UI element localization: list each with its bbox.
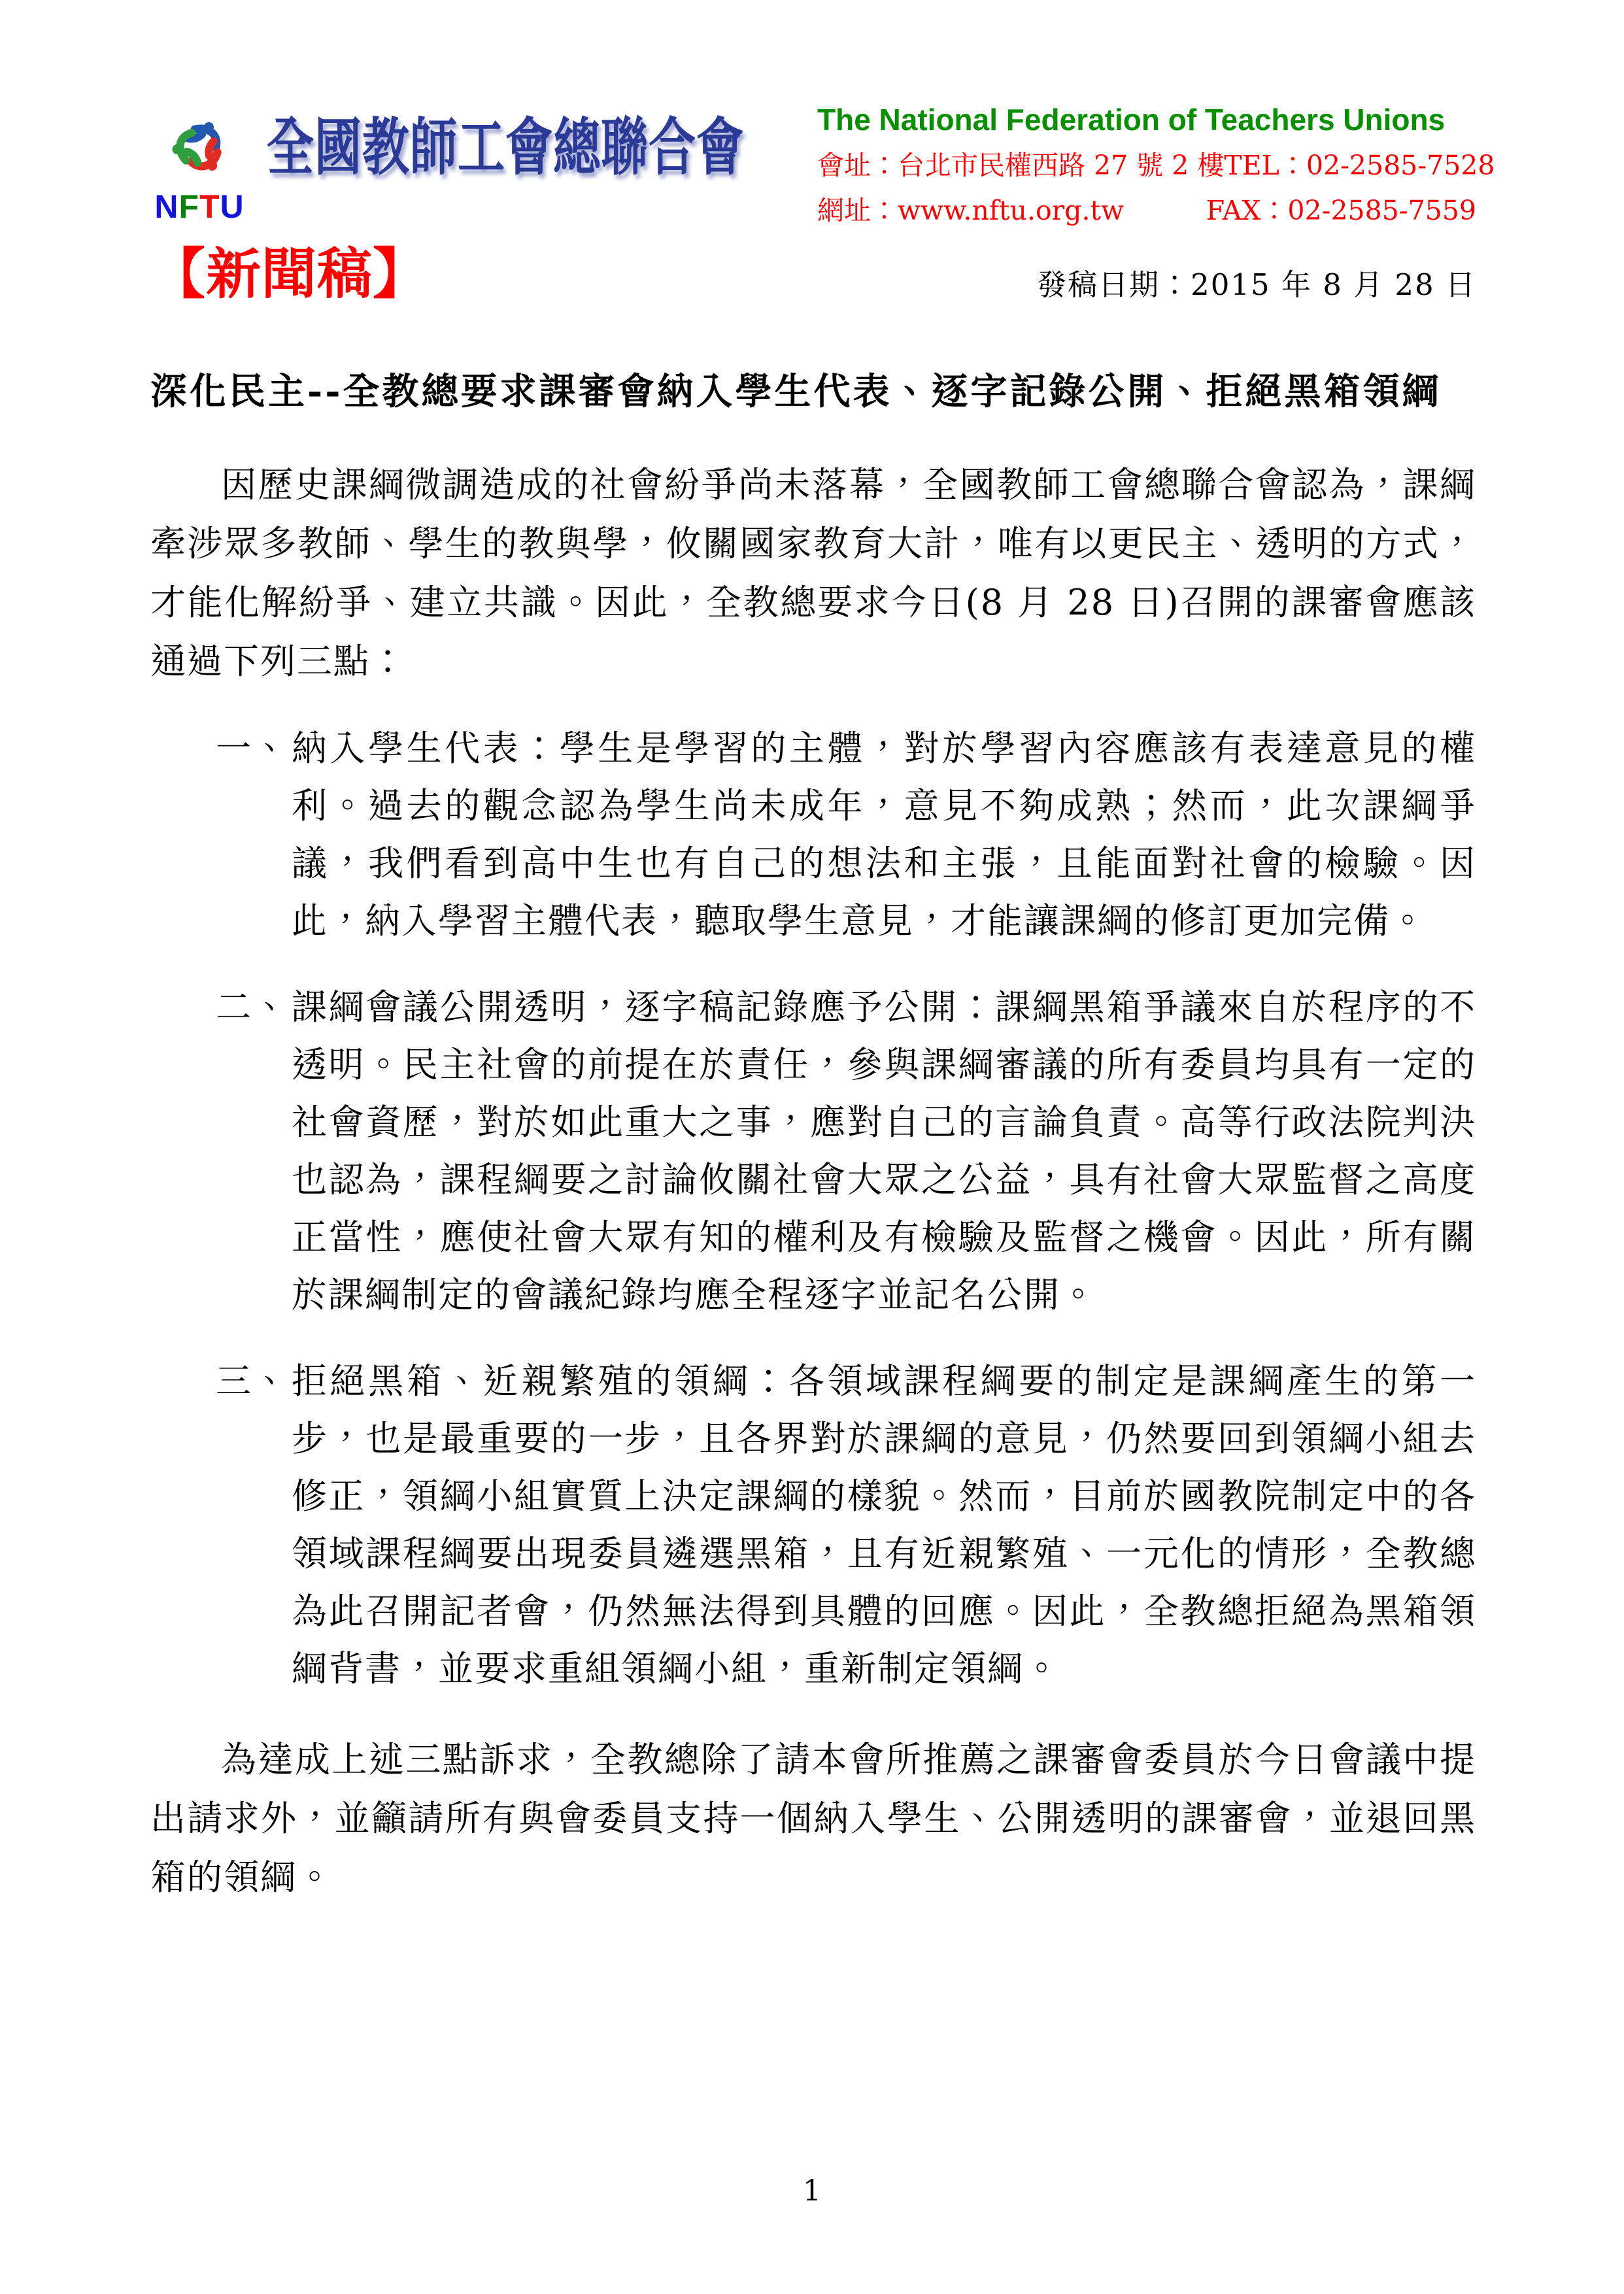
fax-line: FAX：02-2585-7559	[1206, 195, 1476, 227]
page-number: 1	[0, 2174, 1624, 2208]
nftu-logo-icon	[160, 103, 239, 188]
demand-list: 一、 納入學生代表：學生是學習的主體，對於學習內容應該有表達意見的權利。過去的觀…	[150, 720, 1476, 1698]
contact-row-1: 會址：台北市民權西路 27 號 2 樓 TEL：02-2585-7528	[817, 150, 1476, 182]
list-item-3: 三、 拒絕黑箱、近親繁殖的領綱：各領域課程綱要的制定是課綱產生的第一步，也是最重…	[150, 1353, 1476, 1698]
list-item-1-number: 一、	[216, 720, 289, 777]
header-contact-block: The National Federation of Teachers Unio…	[817, 103, 1476, 227]
list-item-1: 一、 納入學生代表：學生是學習的主體，對於學習內容應該有表達意見的權利。過去的觀…	[150, 720, 1476, 950]
list-item-3-number: 三、	[216, 1353, 289, 1410]
intro-paragraph: 因歷史課綱微調造成的社會紛爭尚未落幕，全國教師工會總聯合會認為，課綱牽涉眾多教師…	[150, 456, 1476, 691]
address-line: 會址：台北市民權西路 27 號 2 樓	[817, 150, 1224, 182]
list-item-2: 二、 課綱會議公開透明，逐字稿記錄應予公開：課綱黑箱爭議來自於程序的不透明。民主…	[150, 979, 1476, 1324]
nftu-letter-u: U	[220, 188, 245, 225]
list-item-3-text: 拒絕黑箱、近親繁殖的領綱：各領域課程綱要的制定是課綱產生的第一步，也是最重要的一…	[292, 1360, 1476, 1689]
list-item-2-number: 二、	[216, 979, 289, 1036]
org-name-zh: 全國教師工會總聯合會	[267, 112, 744, 181]
press-release-page: NFTU 全國教師工會總聯合會 The National Federation …	[0, 0, 1624, 2294]
tel-line: TEL：02-2585-7528	[1224, 150, 1495, 182]
list-item-1-text: 納入學生代表：學生是學習的主體，對於學習內容應該有表達意見的權利。過去的觀念認為…	[292, 728, 1476, 941]
website-line: 網址：www.nftu.org.tw	[817, 195, 1124, 227]
header-row-2: 【新聞稿】 發稿日期：2015 年 8 月 28 日	[150, 245, 1476, 303]
header: NFTU 全國教師工會總聯合會 The National Federation …	[150, 103, 1476, 227]
list-item-2-text: 課綱會議公開透明，逐字稿記錄應予公開：課綱黑箱爭議來自於程序的不透明。民主社會的…	[292, 987, 1476, 1315]
nftu-letter-t: T	[199, 188, 220, 225]
org-name-en: The National Federation of Teachers Unio…	[817, 103, 1476, 137]
press-release-tag: 【新聞稿】	[150, 245, 428, 303]
nftu-acronym: NFTU	[150, 190, 248, 224]
publish-date: 發稿日期：2015 年 8 月 28 日	[1037, 267, 1476, 303]
header-left: NFTU 全國教師工會總聯合會	[150, 103, 744, 224]
logo-block: NFTU	[150, 103, 248, 224]
closing-paragraph: 為達成上述三點訴求，全教總除了請本會所推薦之課審會委員於今日會議中提出請求外，並…	[150, 1730, 1476, 1907]
contact-row-2: 網址：www.nftu.org.tw FAX：02-2585-7559	[817, 195, 1476, 227]
document-title: 深化民主--全教總要求課審會納入學生代表、逐字記錄公開、拒絕黑箱領綱	[150, 363, 1476, 415]
nftu-letter-f: F	[178, 188, 199, 225]
nftu-letter-n: N	[154, 188, 178, 225]
